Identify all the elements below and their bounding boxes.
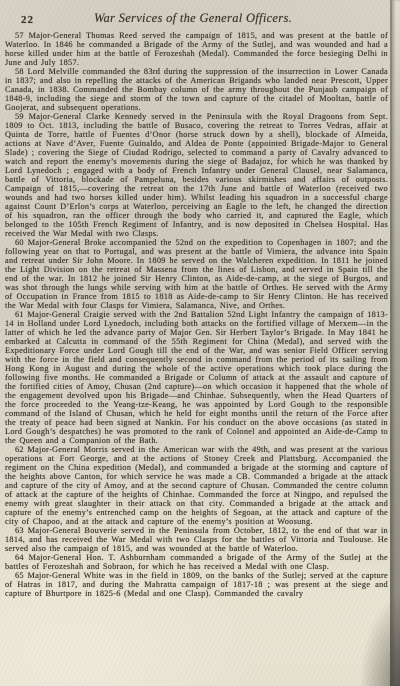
entry-paragraph-64: 64 Major-General Hon. T. Ashburnham comm… [5,553,388,571]
entry-paragraph-60: 60 Major-General Broke accompanied the 5… [5,238,388,310]
page-right-edge-shadow [390,0,400,686]
running-header: 22 War Services of the General Officers. [0,11,386,29]
entry-paragraph-63: 63 Major-General Bouverie served in the … [5,526,388,553]
entry-paragraph-65: 65 Major-General White was in the field … [5,571,388,598]
entry-paragraph-59: 59 Major-General Clarke Kennedy served i… [5,112,388,238]
entry-paragraph-57: 57 Major-General Thomas Reed served the … [5,31,388,67]
entry-paragraph-61: 61 Major-General Craigie served with the… [5,310,388,445]
book-page: 22 War Services of the General Officers.… [0,0,400,686]
running-header-title: War Services of the General Officers. [0,11,386,26]
entries-text: 57 Major-General Thomas Reed served the … [5,31,388,598]
entry-paragraph-62: 62 Major-General Morris served in the Am… [5,445,388,526]
entry-paragraph-58: 58 Lord Melville commanded the 83rd duri… [5,67,388,112]
